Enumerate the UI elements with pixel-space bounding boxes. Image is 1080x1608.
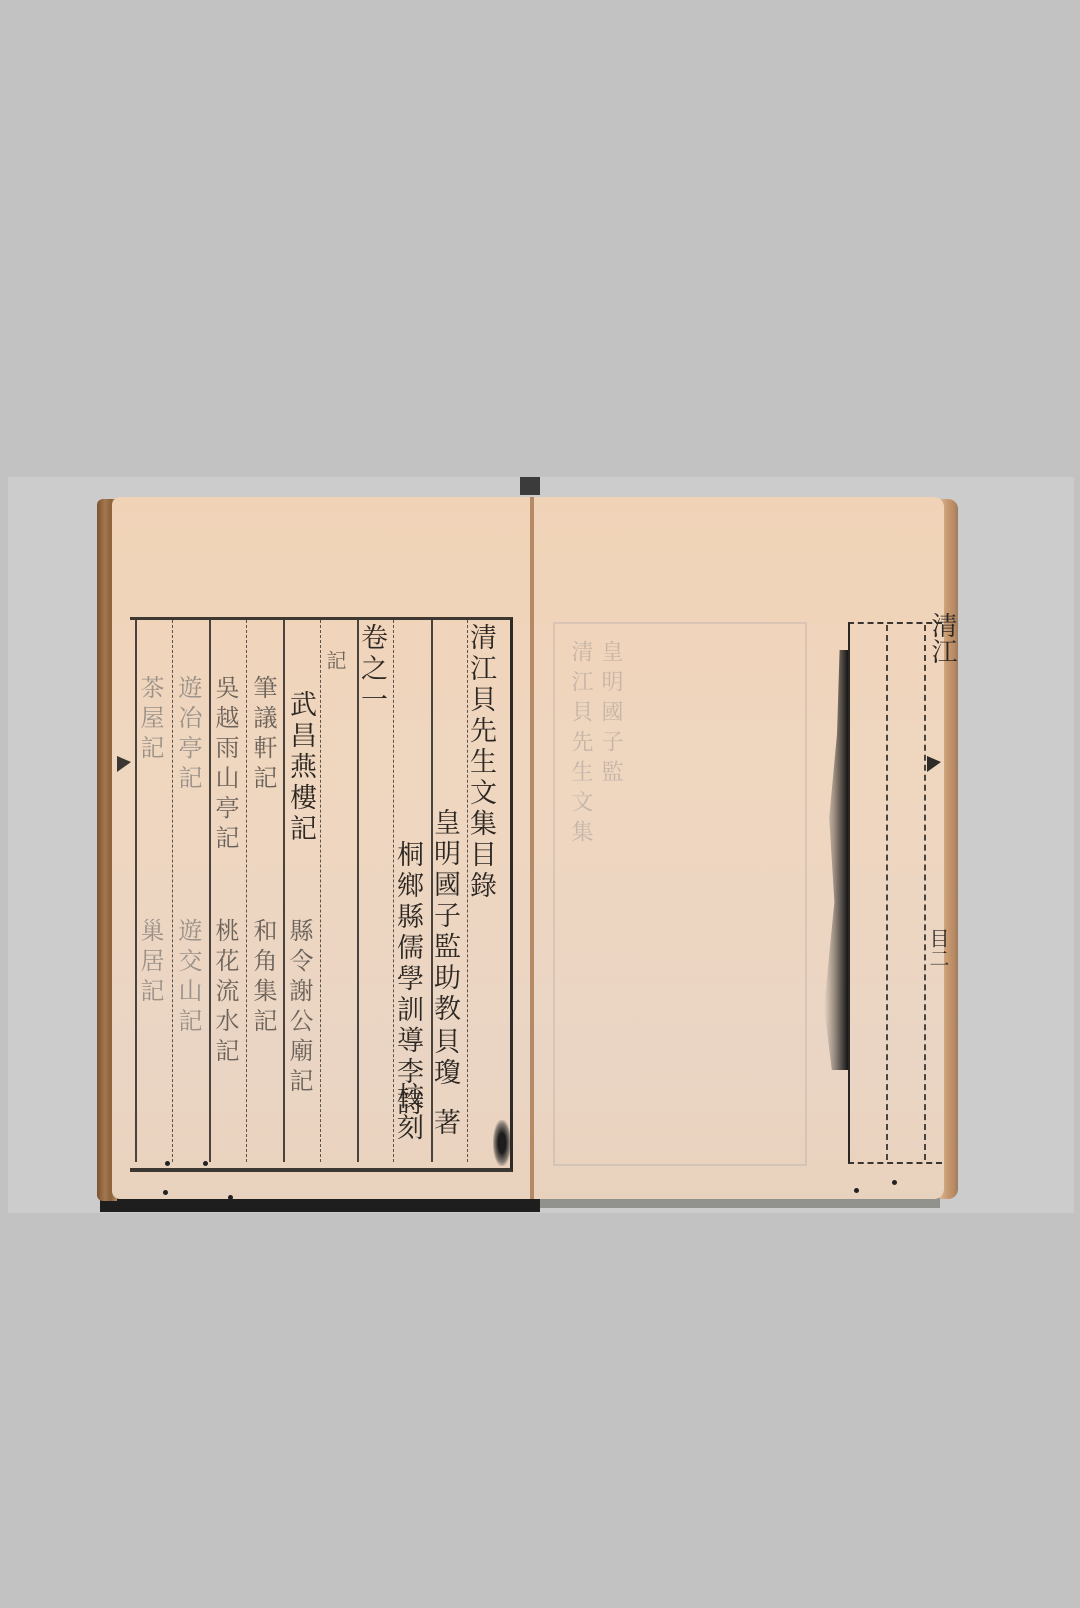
worm-hole — [203, 1161, 208, 1166]
column-rule — [246, 620, 247, 1162]
section-label: 記 — [325, 650, 345, 676]
toc-entry: 吳越雨山亭記 — [213, 675, 237, 855]
toc-entry: 縣令謝公廟記 — [287, 918, 311, 1098]
ink-blot — [493, 1120, 511, 1166]
toc-entry: 巢居記 — [138, 918, 162, 1008]
toc-entry: 桃花流水記 — [213, 918, 237, 1068]
toc-entry: 和角集記 — [251, 918, 275, 1038]
margin-title: 清江 — [924, 612, 961, 664]
author-role: 著 — [431, 1108, 458, 1139]
text-frame-right — [848, 622, 942, 1164]
worm-hole — [163, 1190, 168, 1195]
margin-label: 目二 — [924, 928, 953, 968]
show-through-text: 皇明國子監 — [595, 640, 626, 790]
volume-label: 卷之一 — [358, 623, 385, 716]
worm-hole — [892, 1180, 897, 1185]
spine-tab — [520, 477, 540, 495]
book-title: 清江貝先生文集目錄 — [467, 623, 494, 902]
show-through-text: 清江貝先生文集 — [565, 640, 596, 850]
toc-entry: 遊冶亭記 — [176, 675, 200, 795]
column-rule — [924, 625, 926, 1160]
book-shadow-right — [540, 1198, 940, 1208]
fish-tail-mark — [117, 756, 131, 772]
book-gutter — [530, 497, 534, 1199]
author-label: 皇明國子監助教 — [431, 808, 458, 1025]
worm-hole — [854, 1188, 859, 1193]
column-rule — [886, 625, 888, 1160]
worm-hole — [228, 1195, 233, 1200]
author-name: 貝瓊 — [431, 1027, 458, 1089]
toc-entry: 筆議軒記 — [251, 675, 275, 795]
book-shadow — [100, 1198, 540, 1212]
toc-entry: 茶屋記 — [138, 675, 162, 765]
editor-label: 桐鄉縣儒學訓導李詩 — [394, 840, 421, 1119]
column-rule — [320, 620, 321, 1162]
worm-hole — [165, 1161, 170, 1166]
toc-entry: 武昌燕樓記 — [287, 690, 314, 845]
fish-tail-mark — [927, 756, 941, 772]
editor-role: 校刻 — [394, 1082, 421, 1144]
toc-entry: 遊交山記 — [176, 918, 200, 1038]
column-rule — [172, 620, 173, 1162]
